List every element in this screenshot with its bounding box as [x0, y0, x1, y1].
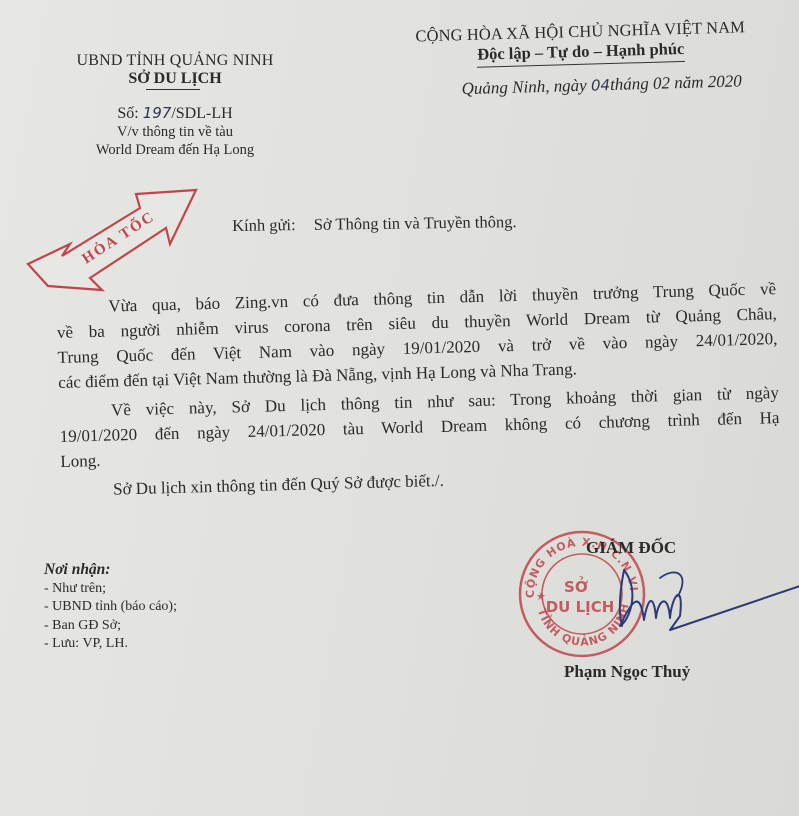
urgent-arrow-stamp-icon: HỎA TỐC	[18, 186, 208, 296]
date-line: Quảng Ninh, ngày 04tháng 02 năm 2020	[401, 70, 799, 101]
letter-body: Vừa qua, báo Zing.vn có đưa thông tin dẫ…	[56, 276, 781, 503]
organization-name: SỞ DU LỊCH	[128, 70, 221, 88]
seal-center-line-2: DU LỊCH	[546, 598, 615, 616]
signer-name: Phạm Ngọc Thuỷ	[564, 662, 690, 682]
recipient-line: Kính gửi: Sở Thông tin và Truyền thông.	[232, 212, 517, 236]
handwritten-signature-icon	[610, 560, 799, 640]
handwritten-day: 04	[591, 76, 611, 95]
issuing-authority-block: UBND TỈNH QUẢNG NINH SỞ DU LỊCH Số: 197/…	[40, 52, 310, 159]
recipients-item: - Ban GĐ Sở;	[44, 617, 177, 636]
body-paragraph-1: Vừa qua, báo Zing.vn có đưa thông tin dẫ…	[56, 276, 778, 395]
handwritten-doc-number: 197	[143, 104, 172, 122]
national-header-block: CỘNG HÒA XÃ HỘI CHỦ NGHĨA VIỆT NAM Độc l…	[360, 16, 799, 102]
recipient-value: Sở Thông tin và Truyền thông.	[314, 212, 517, 234]
subject-line-2: World Dream đến Hạ Long	[40, 141, 310, 159]
recipients-list: Nơi nhận: - Như trên; - UBND tỉnh (báo c…	[44, 561, 177, 654]
document-page: UBND TỈNH QUẢNG NINH SỞ DU LỊCH Số: 197/…	[0, 0, 799, 816]
document-number: Số: 197/SDL-LH	[40, 104, 310, 123]
svg-text:★: ★	[536, 590, 546, 603]
recipients-item: - Như trên;	[44, 580, 177, 599]
recipient-label: Kính gửi:	[232, 215, 296, 235]
parent-organization: UBND TỈNH QUẢNG NINH	[40, 52, 310, 70]
recipients-item: - Lưu: VP, LH.	[44, 635, 177, 654]
recipients-title: Nơi nhận:	[44, 561, 177, 580]
underline-divider	[146, 89, 199, 90]
subject-line-1: V/v thông tin về tàu	[40, 123, 310, 141]
seal-center-line-1: SỞ	[564, 575, 588, 596]
recipients-item: - UBND tỉnh (báo cáo);	[44, 598, 177, 617]
signer-title: GIÁM ĐỐC	[586, 538, 676, 558]
